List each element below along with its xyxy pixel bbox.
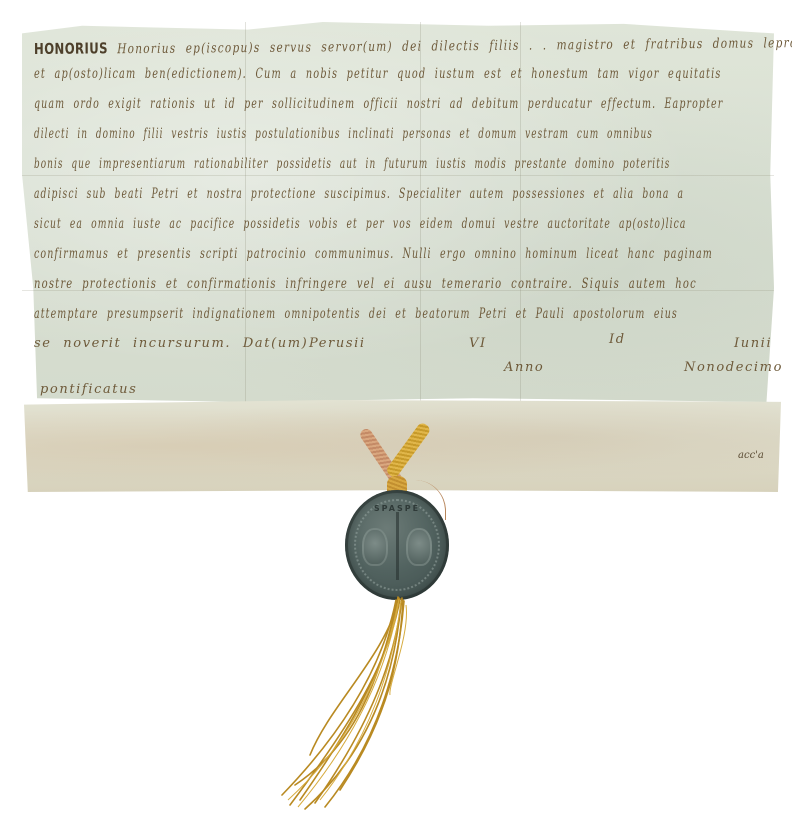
- dating-day: VI: [469, 336, 487, 351]
- text-line-11: se noverit incursurum. Dat(um): [34, 336, 308, 351]
- text-line-5: bonis que impresentiarum rationabiliter …: [34, 156, 670, 172]
- dating-place: Perusii: [309, 336, 366, 351]
- dating-ordinal: Nonodecimo: [684, 360, 783, 375]
- text-line-9: nostre protectionis et confirmationis in…: [34, 276, 697, 292]
- fold-crease: [22, 175, 774, 176]
- dating-month: Iunii: [734, 336, 772, 351]
- text-line-10: attemptare presumpserit indignationem om…: [34, 306, 678, 322]
- text-line-8: confirmamus et presentis scripti patroci…: [34, 246, 713, 262]
- apostle-head-icon: [362, 528, 388, 566]
- apostle-head-icon: [406, 528, 432, 566]
- dating-anno: Anno: [504, 360, 544, 375]
- dating-month-abbrev: Id: [609, 332, 626, 347]
- seal-cross-divider: [396, 512, 399, 580]
- initial-honorius: HONORIUS: [34, 39, 108, 58]
- papal-charter: HONORIUS Honorius ep(iscopu)s servus ser…: [0, 0, 792, 815]
- plica-annotation: acc'a: [738, 450, 764, 461]
- text-line-6: adipisci sub beati Petri et nostra prote…: [34, 186, 684, 202]
- silk-tassel: [270, 595, 420, 810]
- text-line-3: quam ordo exigit rationis ut id per soll…: [34, 96, 723, 112]
- dating-pontificatus: pontificatus: [40, 382, 137, 397]
- text-line-4: dilecti in domino filii vestris iustis p…: [34, 126, 653, 142]
- text-line-2: et ap(osto)licam ben(edictionem). Cum a …: [34, 66, 721, 82]
- text-line-7: sicut ea omnia iuste ac pacifice posside…: [34, 216, 686, 232]
- lead-seal: SPASPE: [345, 490, 449, 600]
